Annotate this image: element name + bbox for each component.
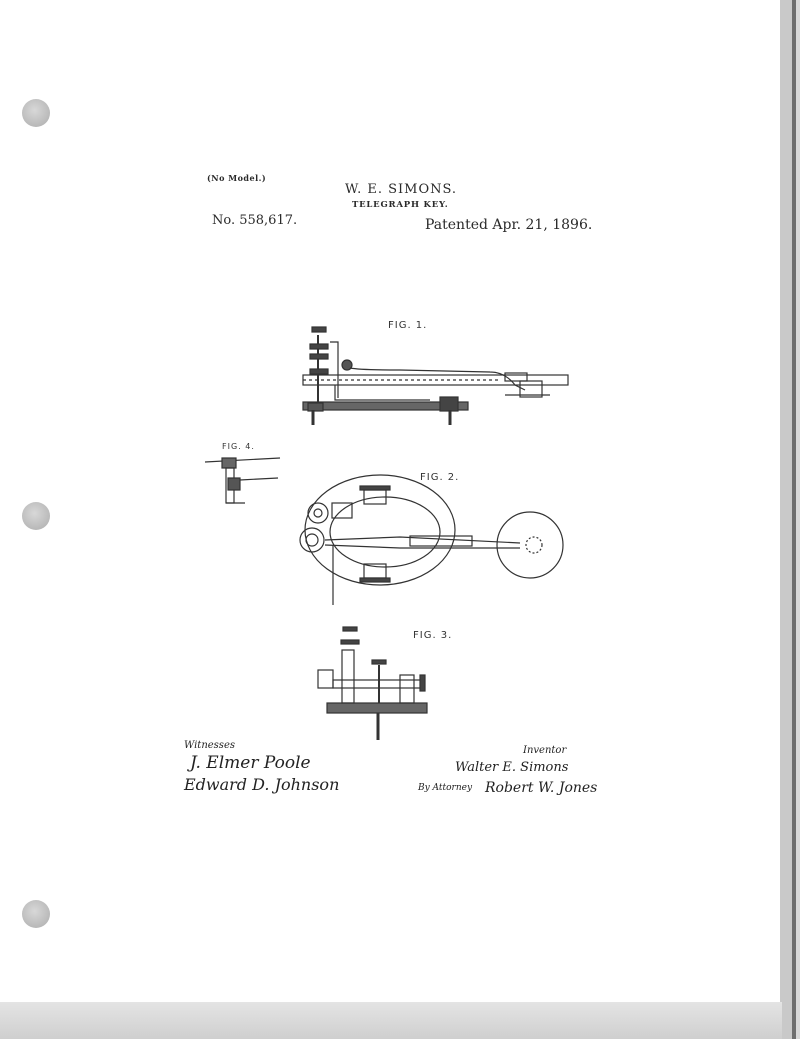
witness-1-signature: J. Elmer Poole <box>190 753 311 773</box>
figure-4-drawing <box>205 458 280 503</box>
figure-2-drawing <box>300 475 563 605</box>
witness-2-signature: Edward D. Johnson <box>184 775 339 794</box>
witnesses-label: Witnesses <box>184 740 235 751</box>
inventor-signature: Walter E. Simons <box>455 760 568 775</box>
patent-drawings <box>0 0 800 1039</box>
attorney-signature: Robert W. Jones <box>485 780 597 796</box>
figure-3-drawing <box>318 627 427 740</box>
figure-1-drawing <box>303 327 568 425</box>
attorney-label: By Attorney <box>418 783 472 793</box>
inventor-label: Inventor <box>523 745 566 756</box>
